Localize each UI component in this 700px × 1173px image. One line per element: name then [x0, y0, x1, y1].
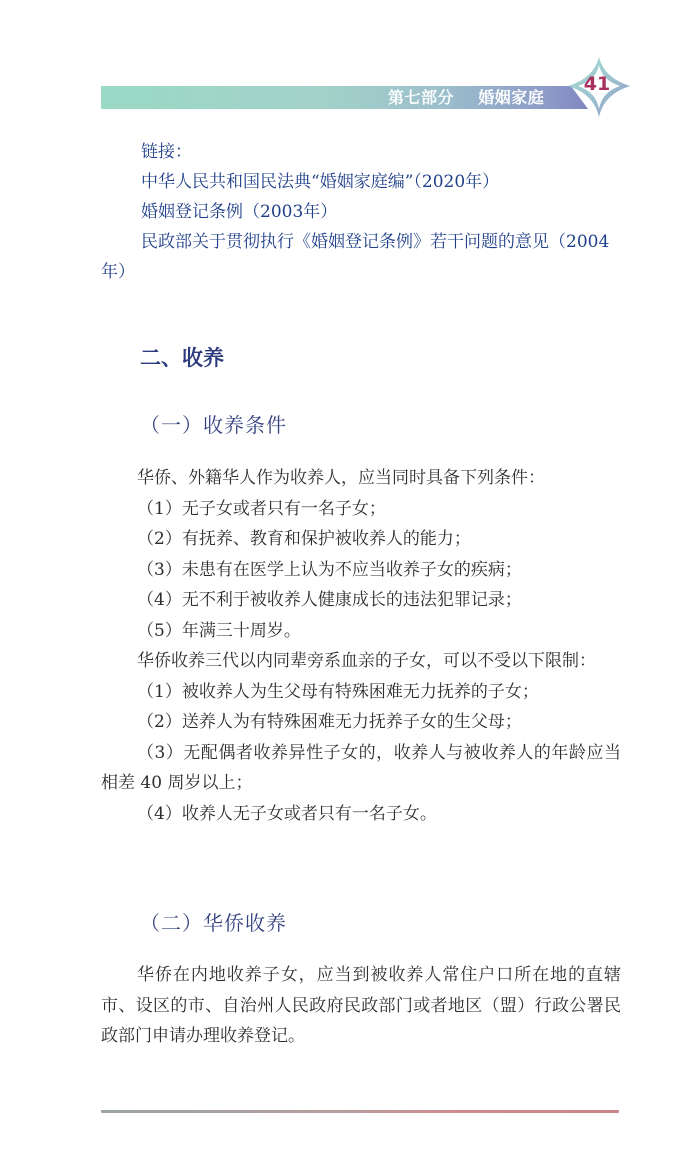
list-item: （5）年满三十周岁。 — [101, 616, 621, 647]
list-item: （4）无不利于被收养人健康成长的违法犯罪记录； — [101, 585, 621, 616]
page-number: 41 — [566, 70, 628, 98]
list-item: （3）无配偶者收养异性子女的，收养人与被收养人的年龄应当相差 40 周岁以上； — [101, 738, 621, 799]
list-item: （2）送养人为有特殊困难无力抚养子女的生父母； — [101, 707, 621, 738]
link-item: 民政部关于贯彻执行《婚姻登记条例》若干问题的意见（2004年） — [101, 227, 621, 287]
related-links: 链接： 中华人民共和国民法典“婚姻家庭编”（2020年） 婚姻登记条例（2003… — [101, 137, 621, 287]
paragraph: 华侨在内地收养子女，应当到被收养人常住户口所在地的直辖市、设区的市、自治州人民政… — [101, 960, 621, 1052]
subsection-heading: （一）收养条件 — [140, 410, 287, 440]
paragraph: 华侨、外籍华人作为收养人，应当同时具备下列条件： — [101, 463, 621, 494]
subsection-body: 华侨、外籍华人作为收养人，应当同时具备下列条件： （1）无子女或者只有一名子女；… — [101, 463, 621, 829]
chapter-title: 第七部分 婚姻家庭 — [388, 87, 544, 109]
link-item: 中华人民共和国民法典“婚姻家庭编”（2020年） — [101, 167, 621, 197]
section-heading: 二、收养 — [140, 343, 224, 373]
subsection-body: 华侨在内地收养子女，应当到被收养人常住户口所在地的直辖市、设区的市、自治州人民政… — [101, 960, 621, 1052]
list-item: （1）被收养人为生父母有特殊困难无力抚养的子女； — [101, 677, 621, 708]
list-item: （2）有抚养、教育和保护被收养人的能力； — [101, 524, 621, 555]
links-label: 链接： — [101, 137, 621, 167]
list-item: （3）未患有在医学上认为不应当收养子女的疾病； — [101, 555, 621, 586]
subsection-heading: （二）华侨收养 — [140, 908, 287, 938]
footer-divider — [101, 1110, 619, 1113]
paragraph: 华侨收养三代以内同辈旁系血亲的子女，可以不受以下限制： — [101, 646, 621, 677]
list-item: （1）无子女或者只有一名子女； — [101, 494, 621, 525]
link-item: 婚姻登记条例（2003年） — [101, 197, 621, 227]
list-item: （4）收养人无子女或者只有一名子女。 — [101, 799, 621, 830]
